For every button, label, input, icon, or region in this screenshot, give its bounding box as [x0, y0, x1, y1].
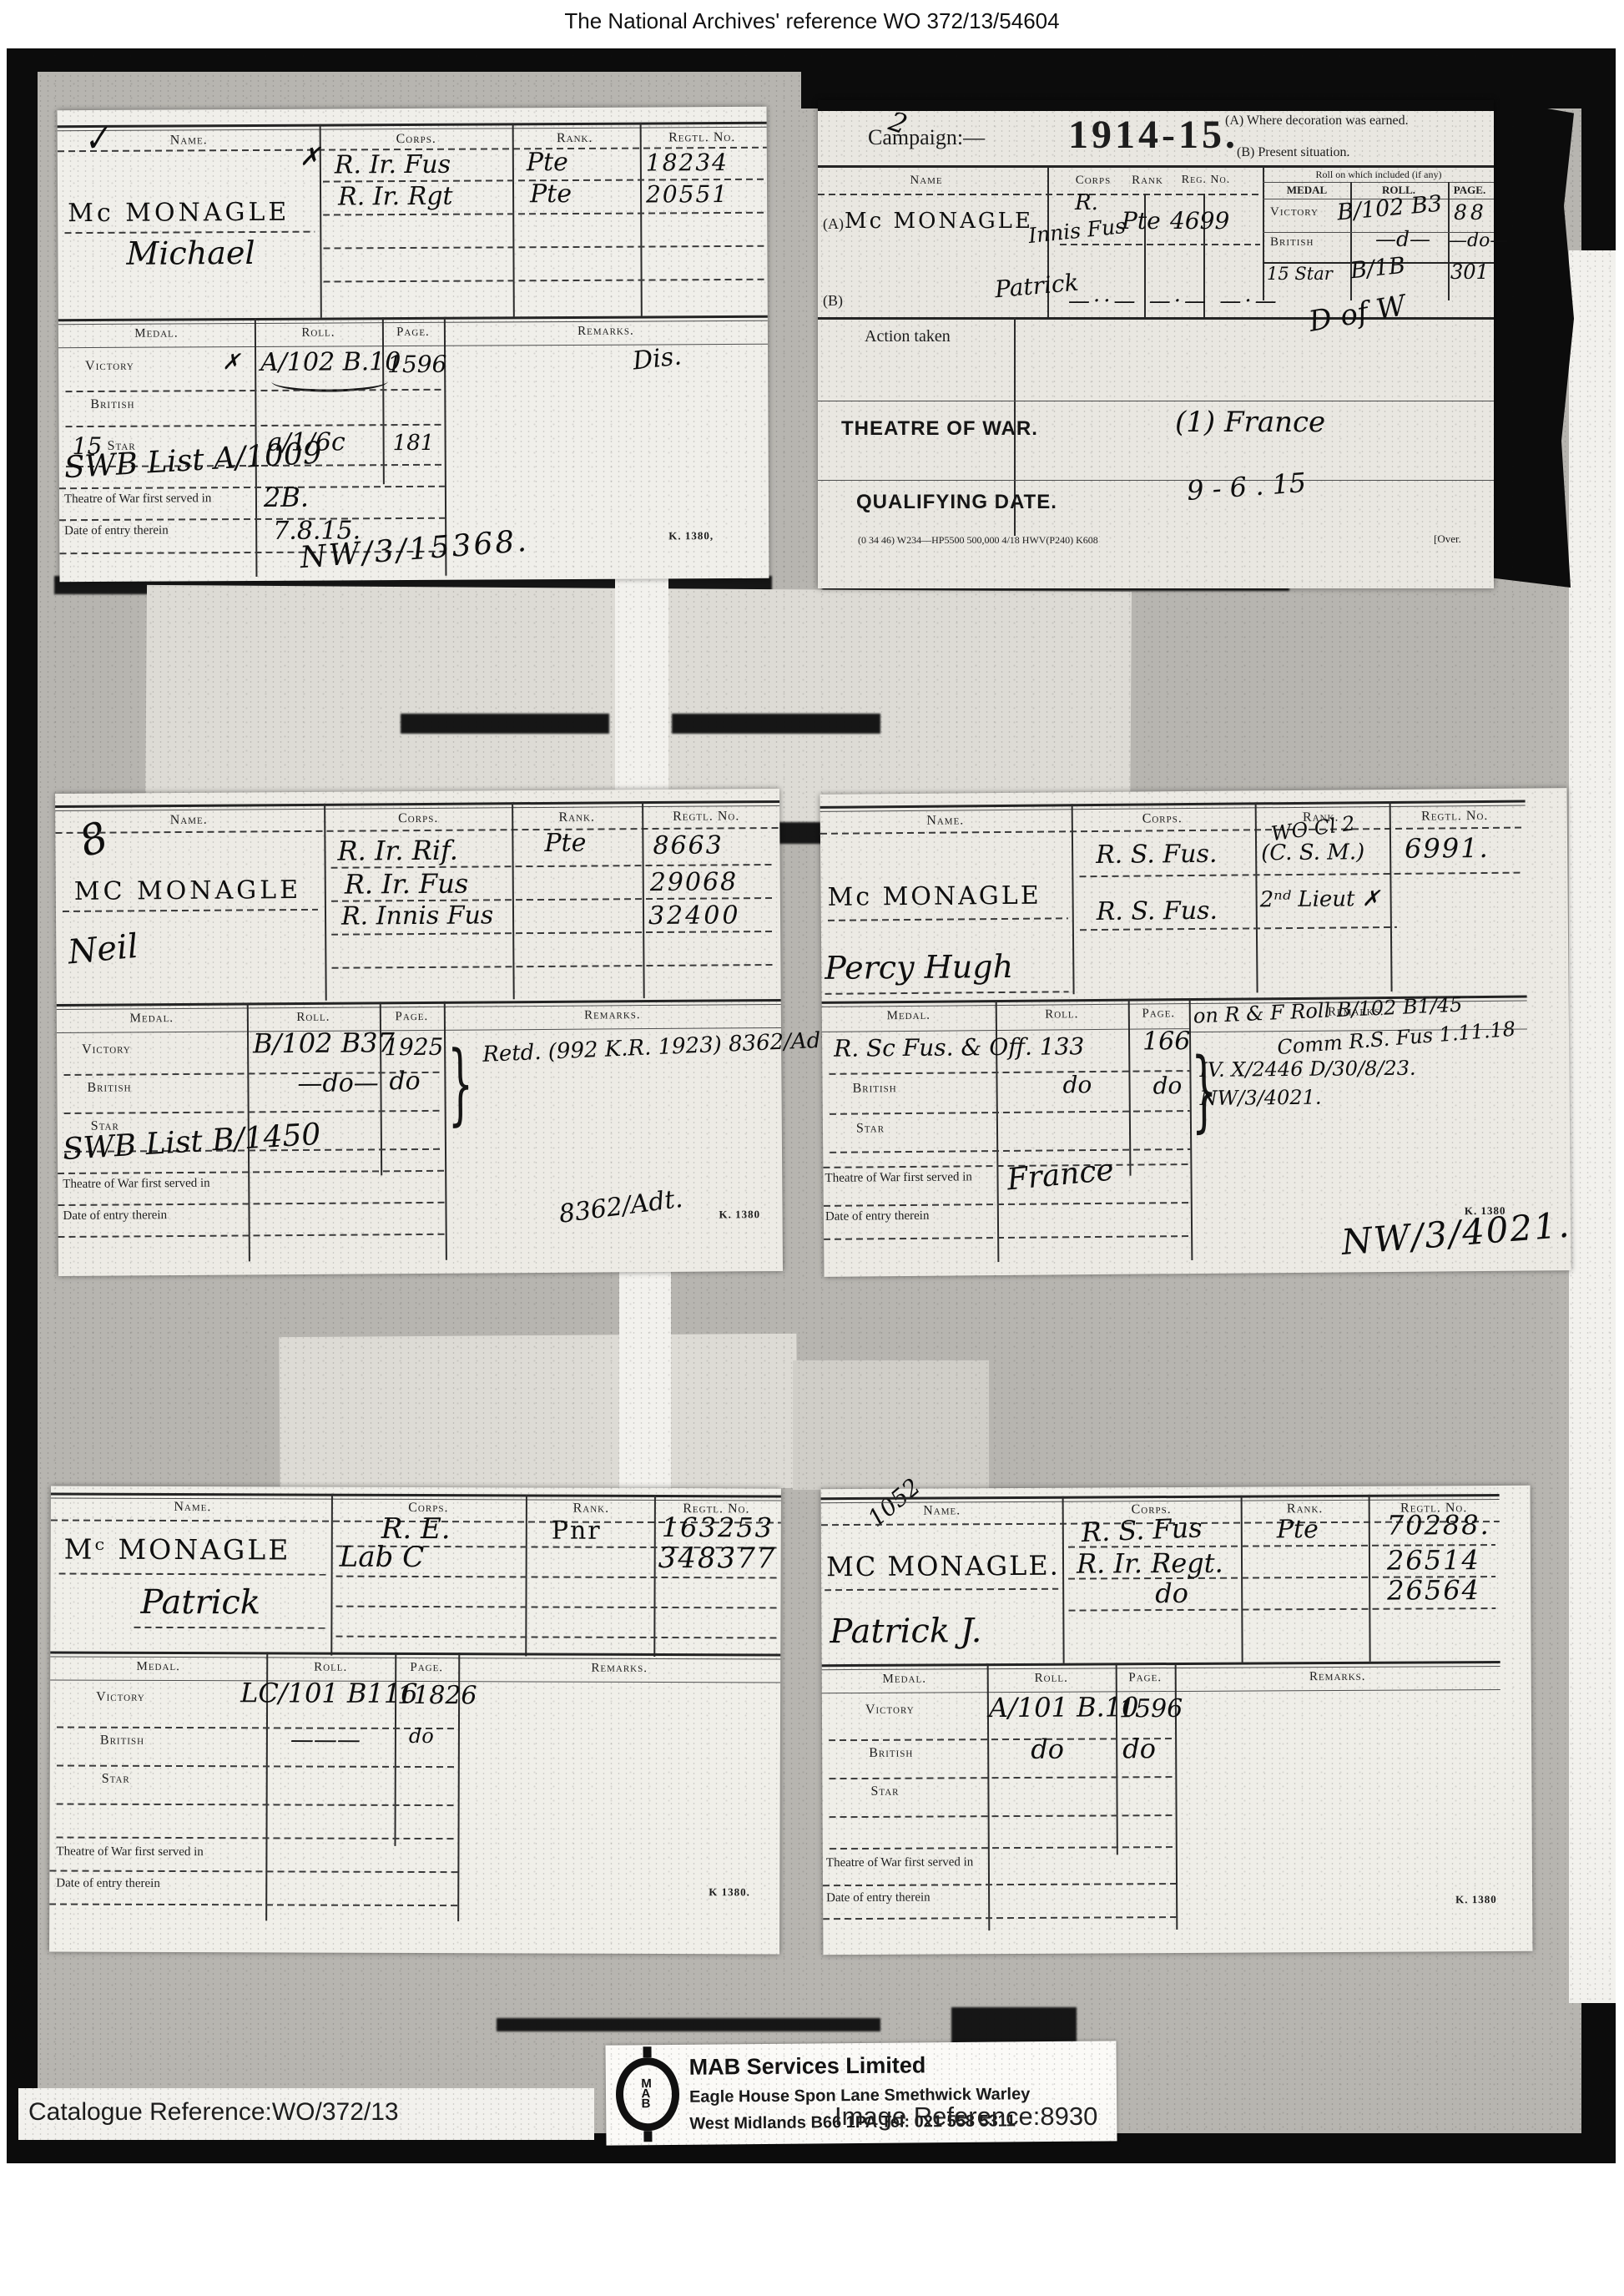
- british-roll: —do—: [297, 1068, 379, 1098]
- reference-number: 8362/Adt.: [557, 1184, 684, 1229]
- british-label: British: [852, 1081, 896, 1096]
- forename: Patrick J.: [830, 1612, 981, 1651]
- service-corps: Lab C: [340, 1541, 425, 1574]
- star-page: 301: [1450, 260, 1489, 284]
- row-a-prefix: (A): [823, 215, 844, 233]
- row-a-rank: Pte: [1122, 207, 1161, 235]
- torn-black-edge: [1490, 98, 1574, 588]
- surname: Mc MONAGLE: [827, 881, 1041, 912]
- star-page: 181: [393, 431, 435, 456]
- date-entry-label: Date of entry therein: [825, 1209, 930, 1224]
- campaign-label: Campaign:—: [868, 125, 985, 150]
- torn-sheet: [793, 1360, 989, 1490]
- col-header-rank: Rank.: [521, 131, 629, 147]
- service-rank: Pte: [527, 148, 568, 177]
- date-entry-label: Date of entry therein: [826, 1891, 931, 1906]
- british-label: British: [869, 1746, 913, 1761]
- row-b-name: Patrick: [994, 269, 1080, 304]
- star-label: 15 Star: [1267, 264, 1333, 284]
- k-form-code: K. 1380: [1455, 1893, 1497, 1906]
- card-top-bar: [818, 100, 1494, 111]
- service-corps: R. S. Fus.: [1096, 840, 1218, 870]
- theatre-value: France: [1006, 1153, 1116, 1197]
- star-label: Star: [102, 1772, 130, 1787]
- col-header-rank: Rank: [1118, 174, 1177, 188]
- medal-header: Medal.: [58, 326, 255, 341]
- surname: MC MONAGLE.: [826, 1550, 1060, 1582]
- print-code-line: (0 34 46) W234—HP5500 500,000 4/18 HWV(P…: [858, 534, 1098, 547]
- archive-reference-header: The National Archives' reference WO 372/…: [0, 8, 1624, 34]
- roll-header: Roll.: [255, 325, 382, 341]
- british-label: British: [100, 1733, 144, 1748]
- victory-roll: LC/101 B116: [240, 1677, 417, 1709]
- roll-header: Roll.: [266, 1660, 395, 1675]
- date-entry-label: Date of entry therein: [64, 524, 169, 539]
- theatre-of-war-value: (1) France: [1175, 406, 1325, 439]
- victory-label: Victory: [85, 359, 134, 374]
- victory-page: 1596: [1119, 1694, 1183, 1723]
- date-entry-label: Date of entry therein: [63, 1209, 167, 1224]
- service-number: 26514: [1387, 1544, 1480, 1577]
- victory-roll: B/102 B37: [253, 1027, 395, 1059]
- service-corps: R. S. Fus.: [1097, 896, 1218, 926]
- mab-logo-icon: MAB: [616, 2046, 680, 2142]
- service-number: 348377: [658, 1542, 777, 1575]
- brace-mark: }: [447, 1032, 474, 1135]
- note-b: (B) Present situation.: [1237, 145, 1350, 160]
- col-header-corps: Corps.: [1079, 810, 1246, 827]
- col-header-regtl: Regtl. No.: [643, 809, 769, 825]
- star-label: Star: [856, 1121, 885, 1136]
- victory-page: 166: [1142, 1027, 1191, 1056]
- page-header: Page.: [382, 325, 444, 340]
- service-corps: R. Ir. Fus: [335, 150, 451, 180]
- service-number: 163253: [662, 1511, 774, 1543]
- torn-sheet: [279, 1334, 797, 1491]
- victory-label: Victory: [96, 1690, 145, 1705]
- mab-logo-letters: MAB: [641, 2079, 653, 2109]
- service-corps: R. Ir. Rgt: [338, 182, 453, 212]
- roll-header: Roll.: [247, 1010, 380, 1025]
- k-form-code: K. 1380,: [668, 529, 714, 542]
- service-rank: Pte: [544, 829, 586, 858]
- page-header: Page.: [395, 1661, 458, 1675]
- british-label: British: [90, 397, 134, 412]
- col-header-name: Name: [835, 174, 1018, 188]
- service-number: 32400: [648, 901, 741, 931]
- british-page: do: [409, 1724, 434, 1748]
- col-header-rank: Rank.: [535, 1501, 648, 1516]
- scan-smudge: [672, 714, 880, 734]
- victory-page: 88: [1454, 200, 1487, 225]
- k-form-code: K. 1380: [719, 1208, 760, 1221]
- theatre-label: Theatre of War first served in: [56, 1844, 252, 1860]
- medal-card-percy-hugh: Name. Corps. Rank. Regtl. No. R. S. Fus.…: [820, 788, 1571, 1277]
- action-taken-label: Action taken: [865, 327, 951, 346]
- medal-header: Medal.: [822, 1008, 996, 1024]
- service-corps: R. Ir. Fus: [345, 868, 469, 901]
- row-a-name: Mc MONAGLE: [845, 209, 1033, 234]
- roll-header: Roll.: [996, 1007, 1128, 1022]
- service-rank: 2ⁿᵈ Lieut ✗: [1259, 886, 1379, 912]
- british-page: do: [389, 1067, 421, 1096]
- british-roll: —d—: [1375, 227, 1430, 251]
- col-header-regtl: Regtl. No.: [642, 130, 763, 146]
- reference-number: NW/3/4021.: [1340, 1204, 1572, 1263]
- theatre-label: Theatre of War first served in: [64, 492, 255, 507]
- campaign-card-patrick: 2 Campaign:— 1914-15. (A) Where decorati…: [818, 100, 1494, 588]
- col-header-regno: Reg. No.: [1173, 174, 1239, 187]
- k-form-code: K 1380.: [709, 1885, 750, 1899]
- star-label: Star: [870, 1784, 899, 1799]
- victory-page: 11826: [397, 1681, 477, 1710]
- image-reference: Image Reference:8930: [835, 2102, 1097, 2132]
- medal-subheader: MEDAL: [1265, 184, 1349, 197]
- swb-note: SWB List A/1009: [63, 436, 323, 486]
- remark-dis: Dis.: [631, 341, 683, 376]
- theatre-value: 2B.: [264, 482, 309, 513]
- col-header-name: Name.: [83, 133, 295, 149]
- victory-entry: R. Sc Fus. & Off. 133: [834, 1032, 1084, 1062]
- medal-card-patrick-re: Name. Corps. Rank. Regtl. No. R. E. Pnr …: [49, 1486, 781, 1954]
- theatre-label: Theatre of War first served in: [826, 1855, 1022, 1870]
- row-a-corps-line1: R.: [1075, 190, 1098, 215]
- page-subheader: PAGE.: [1445, 184, 1494, 197]
- page-header: Page.: [1116, 1671, 1175, 1685]
- remarks-header: Remarks.: [444, 324, 768, 340]
- medal-header: Medal.: [57, 1011, 247, 1027]
- qualifying-date-label: QUALIFYING DATE.: [856, 491, 1057, 514]
- row-b-dashes: —··— —·— —·—: [1068, 289, 1280, 314]
- theatre-label: Theatre of War first served in: [63, 1176, 255, 1192]
- col-header-corps: Corps.: [335, 810, 502, 826]
- corps-cross-mark: ✗: [300, 143, 320, 172]
- page-header: Page.: [380, 1010, 444, 1025]
- remark-line2: IV. X/2446 D/30/8/23.: [1199, 1057, 1415, 1082]
- service-corps: R. S. Fus: [1081, 1511, 1203, 1548]
- victory-mark: ✗: [222, 350, 240, 375]
- scan-right-margin: [1569, 250, 1616, 2003]
- service-number: 29068: [650, 867, 739, 897]
- row-b-prefix: (B): [823, 292, 843, 310]
- british-page: do: [1122, 1733, 1156, 1764]
- remarks-header: Remarks.: [444, 1007, 781, 1024]
- col-header-name: Name.: [84, 1500, 301, 1516]
- surname: Mc MONAGLE: [68, 198, 290, 228]
- service-corps: do: [1155, 1577, 1188, 1609]
- row-a-number: 4699: [1170, 207, 1229, 235]
- forename: Michael: [126, 235, 255, 272]
- victory-roll: A/102 B.10: [260, 347, 401, 377]
- medal-card-patrick-j: 1052 Name. Corps. Rank. Regtl. No. R. S.…: [821, 1486, 1533, 1955]
- remark-line1: Comm R.S. Fus 1.11.18: [1276, 1017, 1516, 1059]
- service-corps: R. Innis Fus: [341, 901, 493, 931]
- british-roll: ———: [290, 1725, 361, 1753]
- service-corps: R. Ir. Regt.: [1077, 1547, 1223, 1580]
- service-number: 6991.: [1405, 832, 1490, 865]
- remark-line3: NW/3/4021.: [1200, 1086, 1322, 1110]
- star-roll: B/1B: [1349, 253, 1407, 285]
- medal-card-michael: ✓ Name. Corps. Rank. Regtl. No. ✗ R. Ir.…: [58, 107, 769, 582]
- campaign-value: 1914-15.: [1068, 112, 1238, 158]
- remarks-header: Remarks.: [458, 1661, 780, 1676]
- victory-page: 1596: [387, 351, 446, 378]
- service-corps: R. Ir. Rif.: [337, 835, 458, 867]
- catalogue-reference: Catalogue Reference:WO/372/13: [28, 2098, 399, 2127]
- british-roll: do: [1062, 1071, 1092, 1098]
- qualifying-date-value: 9 - 6 . 15: [1186, 467, 1307, 507]
- forename: Patrick: [140, 1583, 260, 1622]
- medal-header: Medal.: [50, 1659, 266, 1674]
- roll-note: Roll on which included (if any): [1265, 169, 1492, 181]
- service-rank-line2: (C. S. M.): [1261, 840, 1364, 865]
- victory-page: 1925: [384, 1033, 443, 1061]
- medal-header: Medal.: [822, 1672, 987, 1687]
- british-label: British: [1270, 235, 1314, 250]
- col-header-rank: Rank.: [522, 810, 631, 825]
- row-a-corps-line2: Innis Fus: [1027, 214, 1127, 248]
- victory-roll: A/101 B.10: [989, 1691, 1139, 1723]
- british-page: —do—: [1449, 230, 1508, 251]
- victory-label: Victory: [82, 1042, 131, 1057]
- surname: Mᶜ MONAGLE: [64, 1533, 291, 1567]
- british-label: British: [87, 1080, 131, 1095]
- victory-label: Victory: [865, 1703, 915, 1718]
- service-number: 20551: [646, 180, 729, 209]
- service-number: 18234: [646, 149, 729, 177]
- surname: MC MONAGLE: [74, 876, 301, 906]
- col-header-name: Name.: [84, 812, 293, 829]
- theatre-of-war-label: THEATRE OF WAR.: [841, 417, 1038, 441]
- medal-card-neil: 8 Name. Corps. Rank. Regtl. No. R. Ir. R…: [55, 789, 783, 1276]
- service-number: 8663: [653, 830, 724, 860]
- over-note: [Over.: [1434, 532, 1461, 546]
- forename: Neil: [66, 927, 139, 972]
- col-header-name: Name.: [841, 813, 1050, 830]
- col-header-name: Name.: [838, 1503, 1047, 1519]
- remarks-header: Remarks.: [1175, 1669, 1500, 1685]
- page-header: Page.: [1128, 1007, 1189, 1022]
- scan-smudge: [497, 2018, 880, 2031]
- action-taken-value: D of W: [1306, 289, 1408, 339]
- service-rank: Pte: [530, 179, 572, 209]
- service-number: 70288.: [1387, 1509, 1490, 1542]
- service-rank: Pte: [1277, 1515, 1319, 1544]
- col-header-regtl: Regtl. No.: [1395, 809, 1516, 825]
- roll-header: Roll.: [987, 1671, 1116, 1686]
- note-a: (A) Where decoration was earned.: [1225, 114, 1409, 129]
- k-form-code: K. 1380: [1465, 1204, 1506, 1218]
- british-page: do: [1152, 1072, 1182, 1099]
- service-rank: Pnr: [552, 1516, 602, 1546]
- theatre-label: Theatre of War first served in: [825, 1170, 1015, 1186]
- british-roll: do: [1031, 1733, 1064, 1765]
- scan-smudge: [401, 714, 609, 734]
- victory-label: Victory: [1270, 205, 1319, 220]
- col-header-corps: Corps.: [333, 131, 500, 147]
- date-entry-label: Date of entry therein: [56, 1876, 160, 1890]
- service-number: 26564: [1387, 1574, 1480, 1607]
- forename: Percy Hugh: [825, 948, 1013, 987]
- stamp-company-name: MAB Services Limited: [689, 2052, 926, 2080]
